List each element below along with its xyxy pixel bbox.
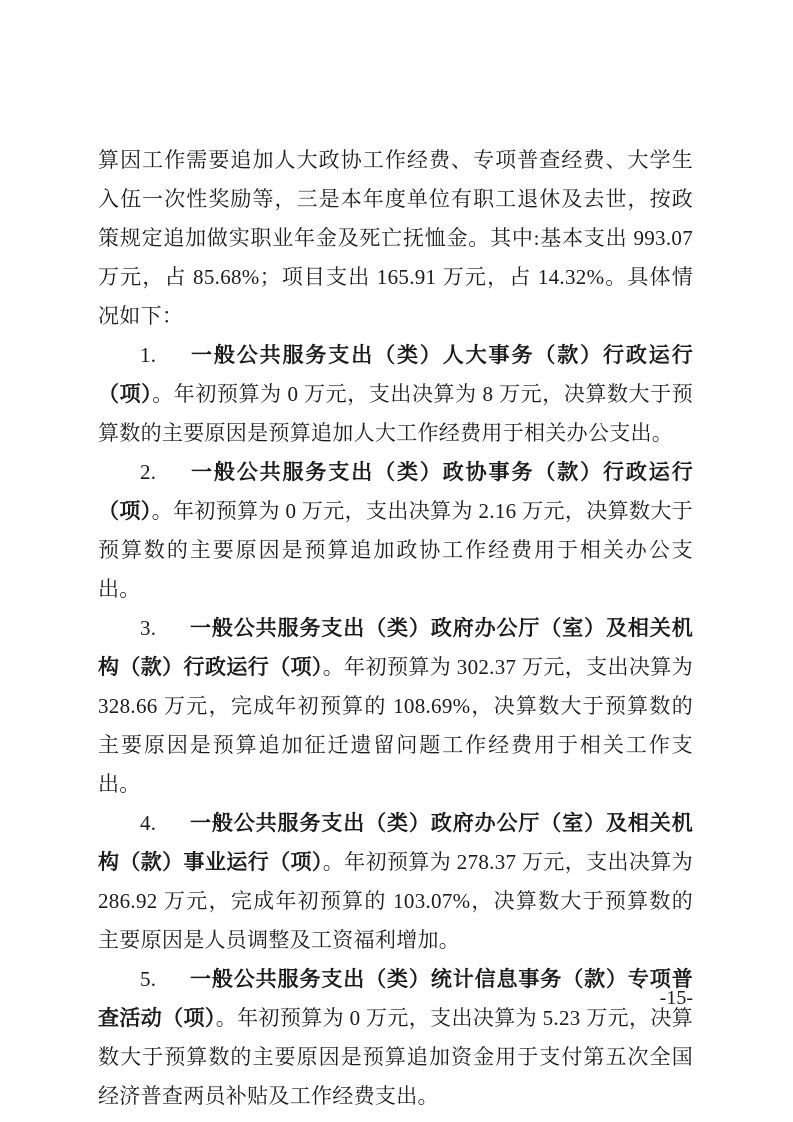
list-item-2: 2.一般公共服务支出（类）政协事务（款）行政运行（项）。年初预算为 0 万元，支…	[98, 453, 693, 609]
list-item-5: 5.一般公共服务支出（类）统计信息事务（款）专项普查活动（项）。年初预算为 0 …	[98, 960, 693, 1116]
paragraph-text: 算因工作需要追加人大政协工作经费、专项普查经费、大学生入伍一次性奖励等，三是本年…	[98, 148, 693, 328]
item-number: 5.	[140, 967, 156, 991]
page-number: -15-	[660, 986, 693, 1010]
document-body: 算因工作需要追加人大政协工作经费、专项普查经费、大学生入伍一次性奖励等，三是本年…	[98, 141, 693, 1116]
item-number: 4.	[140, 811, 156, 835]
list-item-1: 1.一般公共服务支出（类）人大事务（款）行政运行（项）。年初预算为 0 万元，支…	[98, 336, 693, 453]
item-body: 。年初预算为 0 万元，支出决算为 8 万元，决算数大于预算数的主要原因是预算追…	[98, 382, 693, 445]
list-item-3: 3.一般公共服务支出（类）政府办公厅（室）及相关机构（款）行政运行（项）。年初预…	[98, 609, 693, 804]
item-number: 2.	[140, 460, 156, 484]
item-body: 。年初预算为 0 万元，支出决算为 2.16 万元，决算数大于预算数的主要原因是…	[98, 499, 693, 601]
item-number: 3.	[140, 616, 156, 640]
paragraph-continuation: 算因工作需要追加人大政协工作经费、专项普查经费、大学生入伍一次性奖励等，三是本年…	[98, 141, 693, 336]
document-page: 算因工作需要追加人大政协工作经费、专项普查经费、大学生入伍一次性奖励等，三是本年…	[0, 0, 793, 1122]
list-item-4: 4.一般公共服务支出（类）政府办公厅（室）及相关机构（款）事业运行（项）。年初预…	[98, 804, 693, 960]
item-number: 1.	[140, 343, 156, 367]
